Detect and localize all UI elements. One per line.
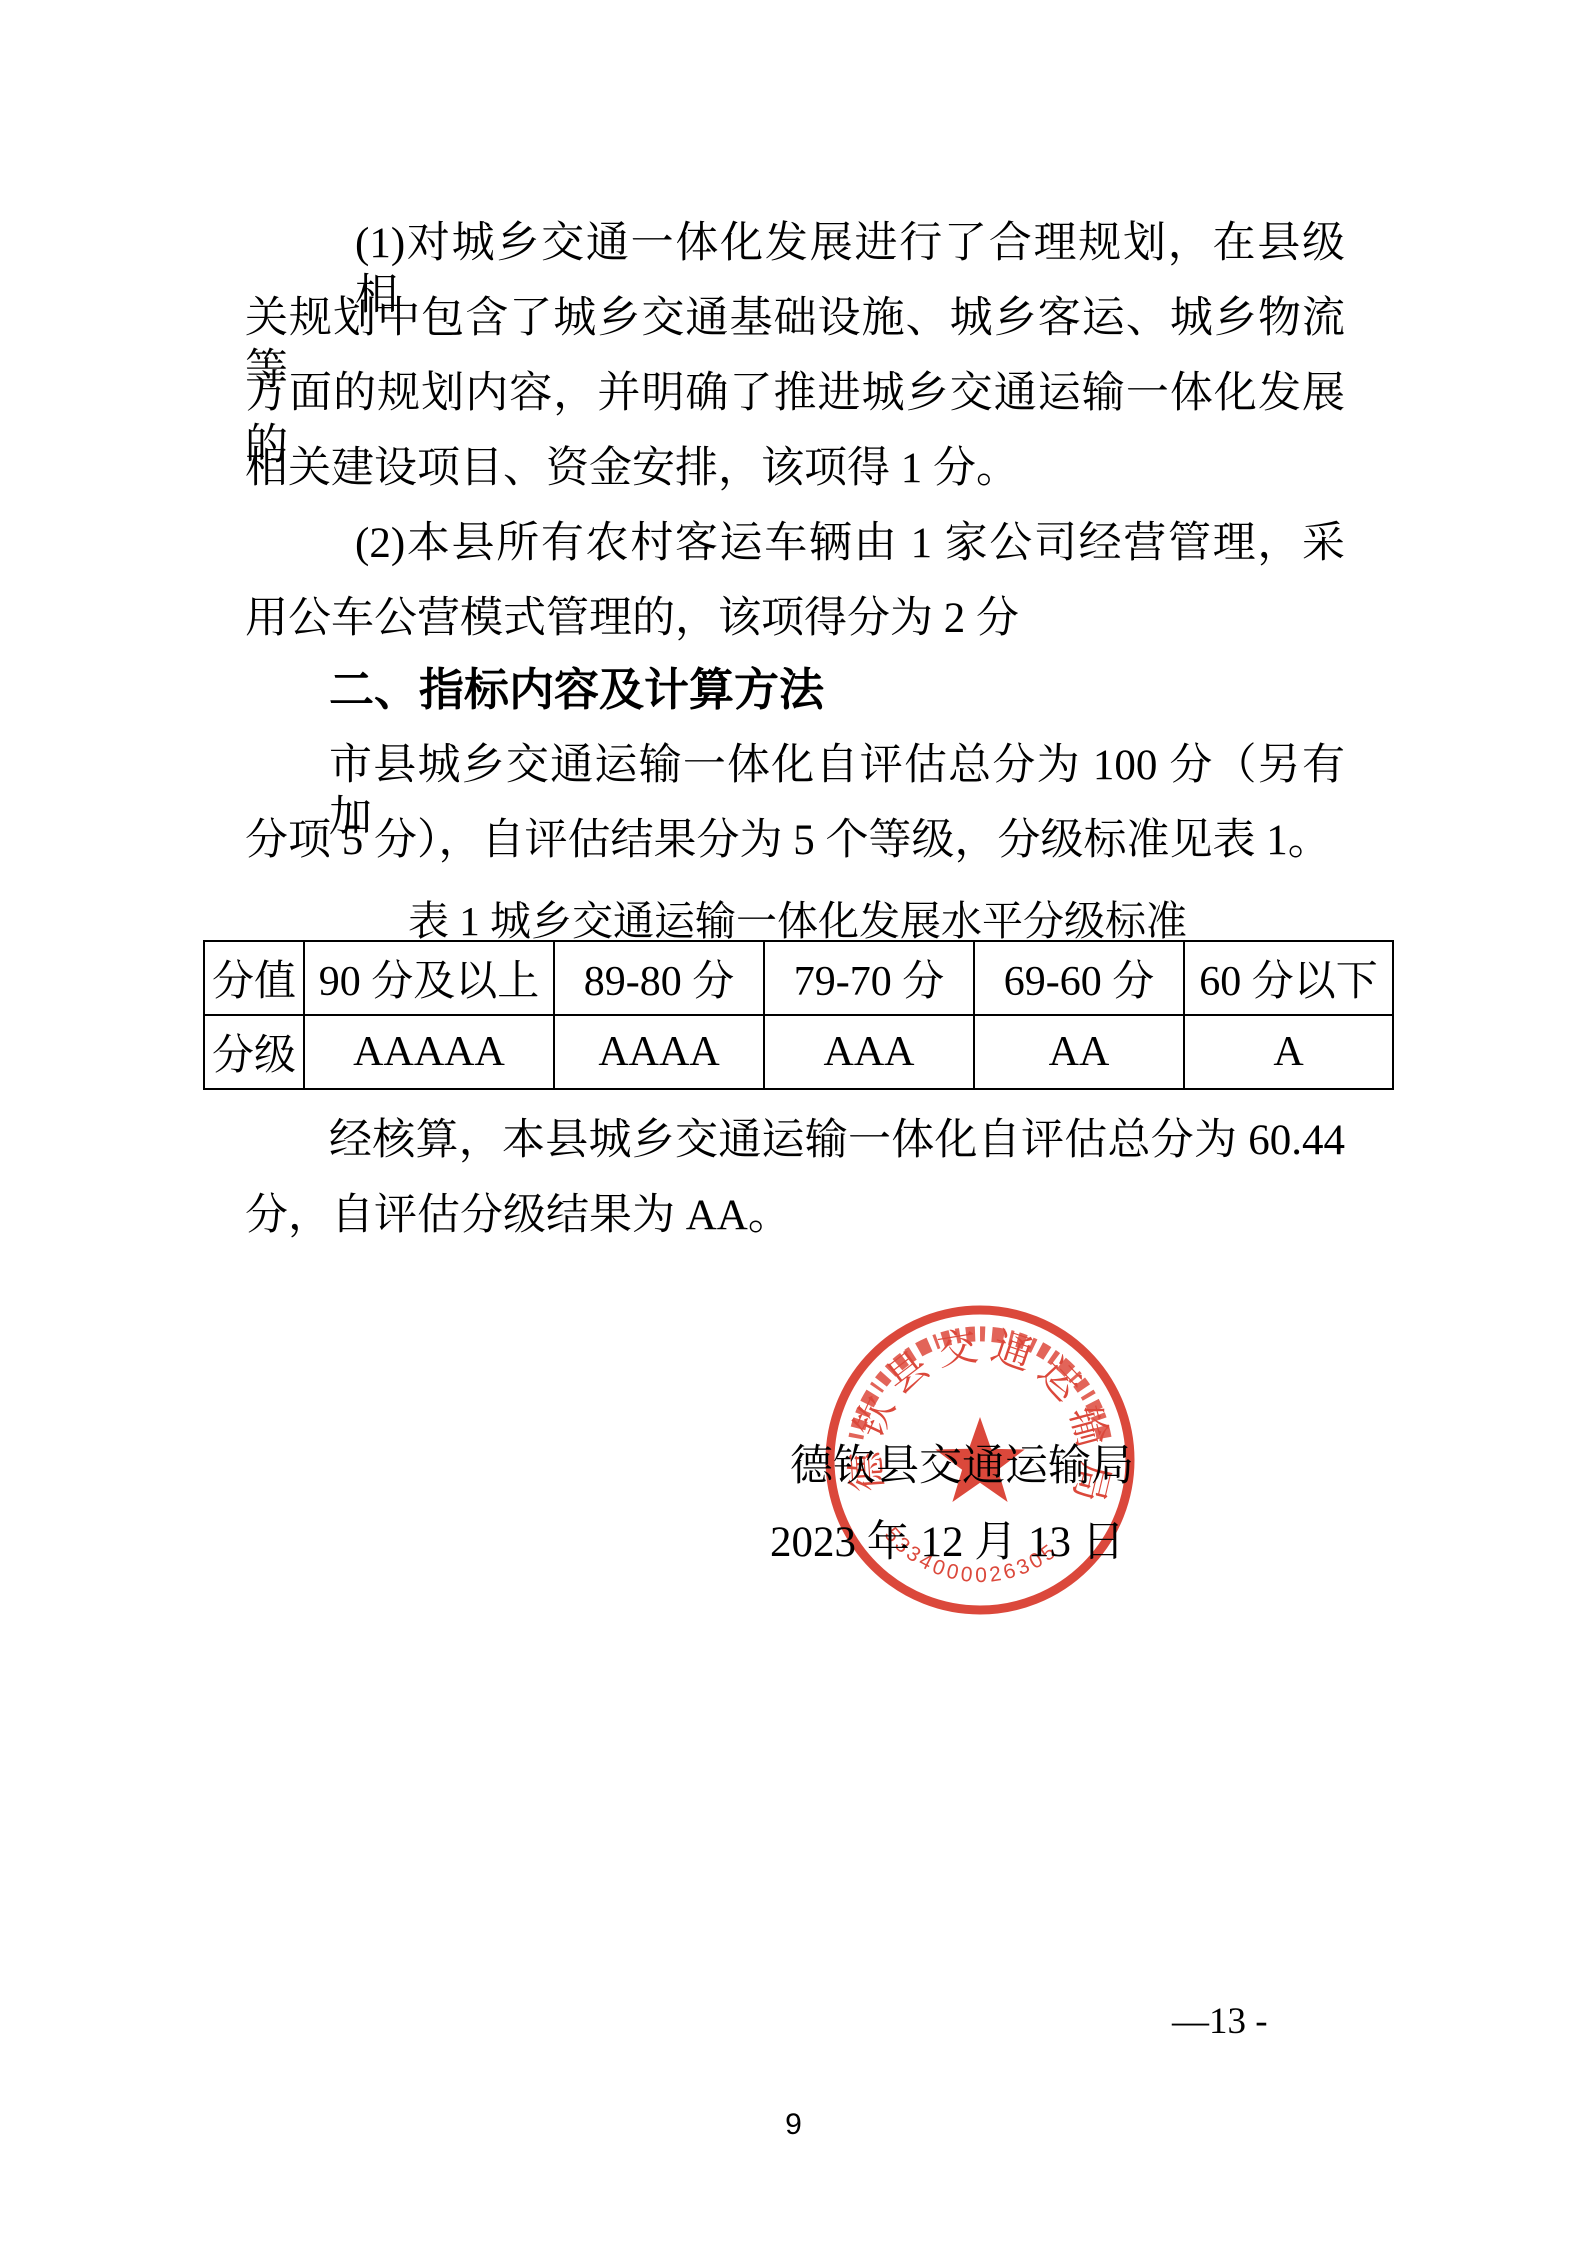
table-cell: 60 分以下 [1184,941,1393,1015]
paragraph-line: 分，自评估分级结果为 AA。 [245,1190,1345,1242]
table-caption: 表 1 城乡交通运输一体化发展水平分级标准 [203,888,1392,947]
paragraph-line: 分项 5 分），自评估结果分为 5 个等级，分级标准见表 1。 [245,815,1345,867]
document-page-number: —13 - [1172,2000,1268,2043]
grading-table: 分值 90 分及以上 89-80 分 79-70 分 69-60 分 60 分以… [203,940,1394,1090]
seal-star-icon [935,1417,1024,1502]
paragraph-line: 经核算，本县城乡交通运输一体化自评估总分为 60.44 [245,1115,1345,1167]
table-cell: AA [974,1015,1184,1089]
table-cell: AAAA [554,1015,764,1089]
print-page-number: 9 [0,2108,1587,2142]
seal-code-text: 5334000026305 [880,1523,1063,1587]
table-cell: 79-70 分 [764,941,974,1015]
table-cell: 69-60 分 [974,941,1184,1015]
table-cell: AAA [764,1015,974,1089]
official-seal: 德钦县交通运输局 5334000026305 [810,1290,1150,1630]
paragraph-line: 用公车公营模式管理的，该项得分为 2 分 [245,593,1345,645]
table-cell: A [1184,1015,1393,1089]
table-cell: 90 分及以上 [304,941,554,1015]
table-row: 分值 90 分及以上 89-80 分 79-70 分 69-60 分 60 分以… [204,941,1393,1015]
seal-code-textpath: 5334000026305 [880,1523,1063,1587]
table-cell: AAAAA [304,1015,554,1089]
paragraph-line: (2)本县所有农村客运车辆由 1 家公司经营管理，采 [245,518,1345,570]
document-page: (1)对城乡交通一体化发展进行了合理规划，在县级相 关规划中包含了城乡交通基础设… [0,0,1587,2245]
section-heading: 二、指标内容及计算方法 [245,664,1345,716]
table-cell: 分级 [204,1015,304,1089]
table-cell: 分值 [204,941,304,1015]
table-row: 分级 AAAAA AAAA AAA AA A [204,1015,1393,1089]
paragraph-line: 相关建设项目、资金安排，该项得 1 分。 [245,443,1345,495]
table-cell: 89-80 分 [554,941,764,1015]
